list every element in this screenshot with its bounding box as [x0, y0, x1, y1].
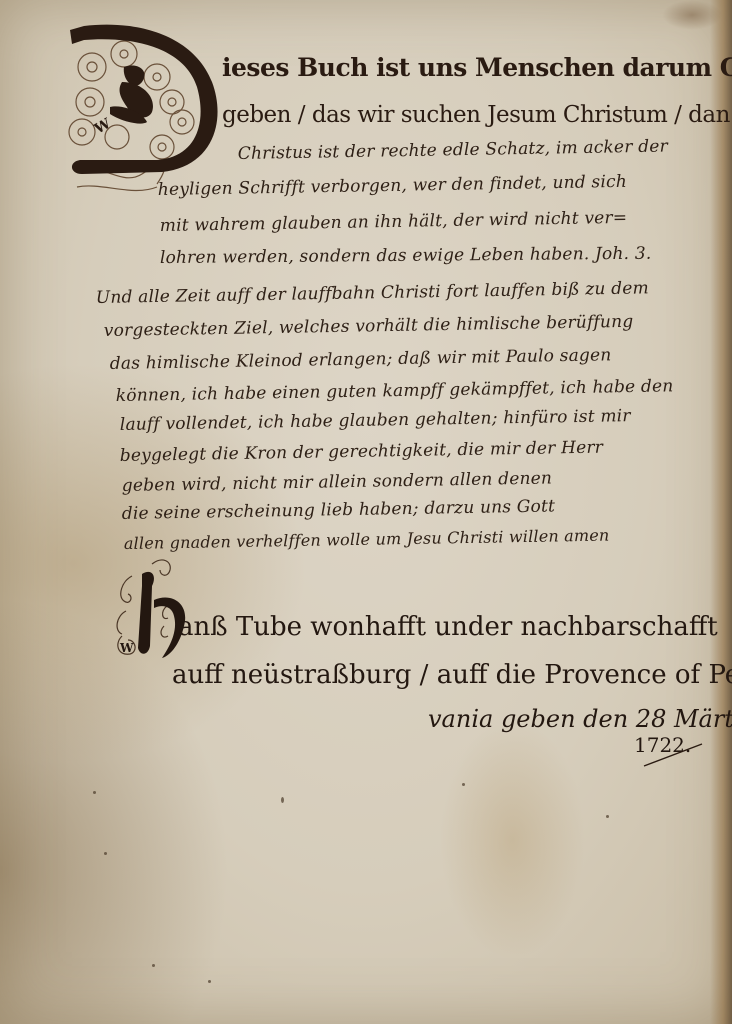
- svg-text:W: W: [119, 641, 134, 655]
- signature-line-2: auff neüstraßburg / auff die Provence of…: [172, 662, 732, 688]
- body-line-5: lauff vollendet, ich habe glauben gehalt…: [120, 408, 631, 434]
- signature-line-1: anß Tube wonhafft under nachbarschafft: [178, 614, 718, 640]
- speck: [281, 797, 284, 803]
- ornate-initial-h-icon: W: [112, 556, 192, 666]
- speck: [208, 980, 211, 983]
- speck: [462, 783, 465, 786]
- speck: [104, 852, 107, 855]
- body-line-1: Und alle Zeit auff der lauffbahn Christi…: [96, 280, 649, 307]
- speck: [93, 791, 96, 794]
- speck: [152, 964, 155, 967]
- body-line-6: beygelegt die Kron der gerechtigkeit, di…: [120, 440, 603, 465]
- body-line-9: allen gnaden verhelffen wolle um Jesu Ch…: [124, 528, 610, 552]
- heading-line-6: lohren werden, sondern das ewige Leben h…: [160, 246, 652, 267]
- heading-line-3: Christus ist der rechte edle Schatz, im …: [238, 138, 668, 163]
- flourish-underline-icon: [640, 740, 710, 770]
- ornate-initial-d-icon: W: [62, 22, 232, 197]
- body-line-7: geben wird, nicht mir allein sondern all…: [122, 470, 553, 495]
- speck: [606, 815, 609, 818]
- heading-line-1: ieses Buch ist uns Menschen darum Ge=: [222, 55, 732, 80]
- signature-date-line: vania geben den 28 Märtz: [428, 707, 732, 731]
- body-line-3: das himlische Kleinod erlangen; daß wir …: [110, 347, 612, 373]
- heading-line-2: geben / das wir suchen Jesum Christum / …: [222, 104, 730, 127]
- stain: [662, 0, 722, 30]
- page-edge-shading: [710, 0, 732, 1024]
- body-line-4: können, ich habe einen guten kampff gekä…: [116, 378, 674, 405]
- body-line-2: vorgesteckten Ziel, welches vorhält die …: [104, 314, 634, 340]
- manuscript-page: W ieses Buch ist uns Menschen darum Ge= …: [0, 0, 732, 1024]
- body-line-8: die seine erscheinung lieb haben; darzu …: [122, 498, 556, 523]
- heading-line-5: mit wahrem glauben an ihn hält, der wird…: [160, 210, 628, 235]
